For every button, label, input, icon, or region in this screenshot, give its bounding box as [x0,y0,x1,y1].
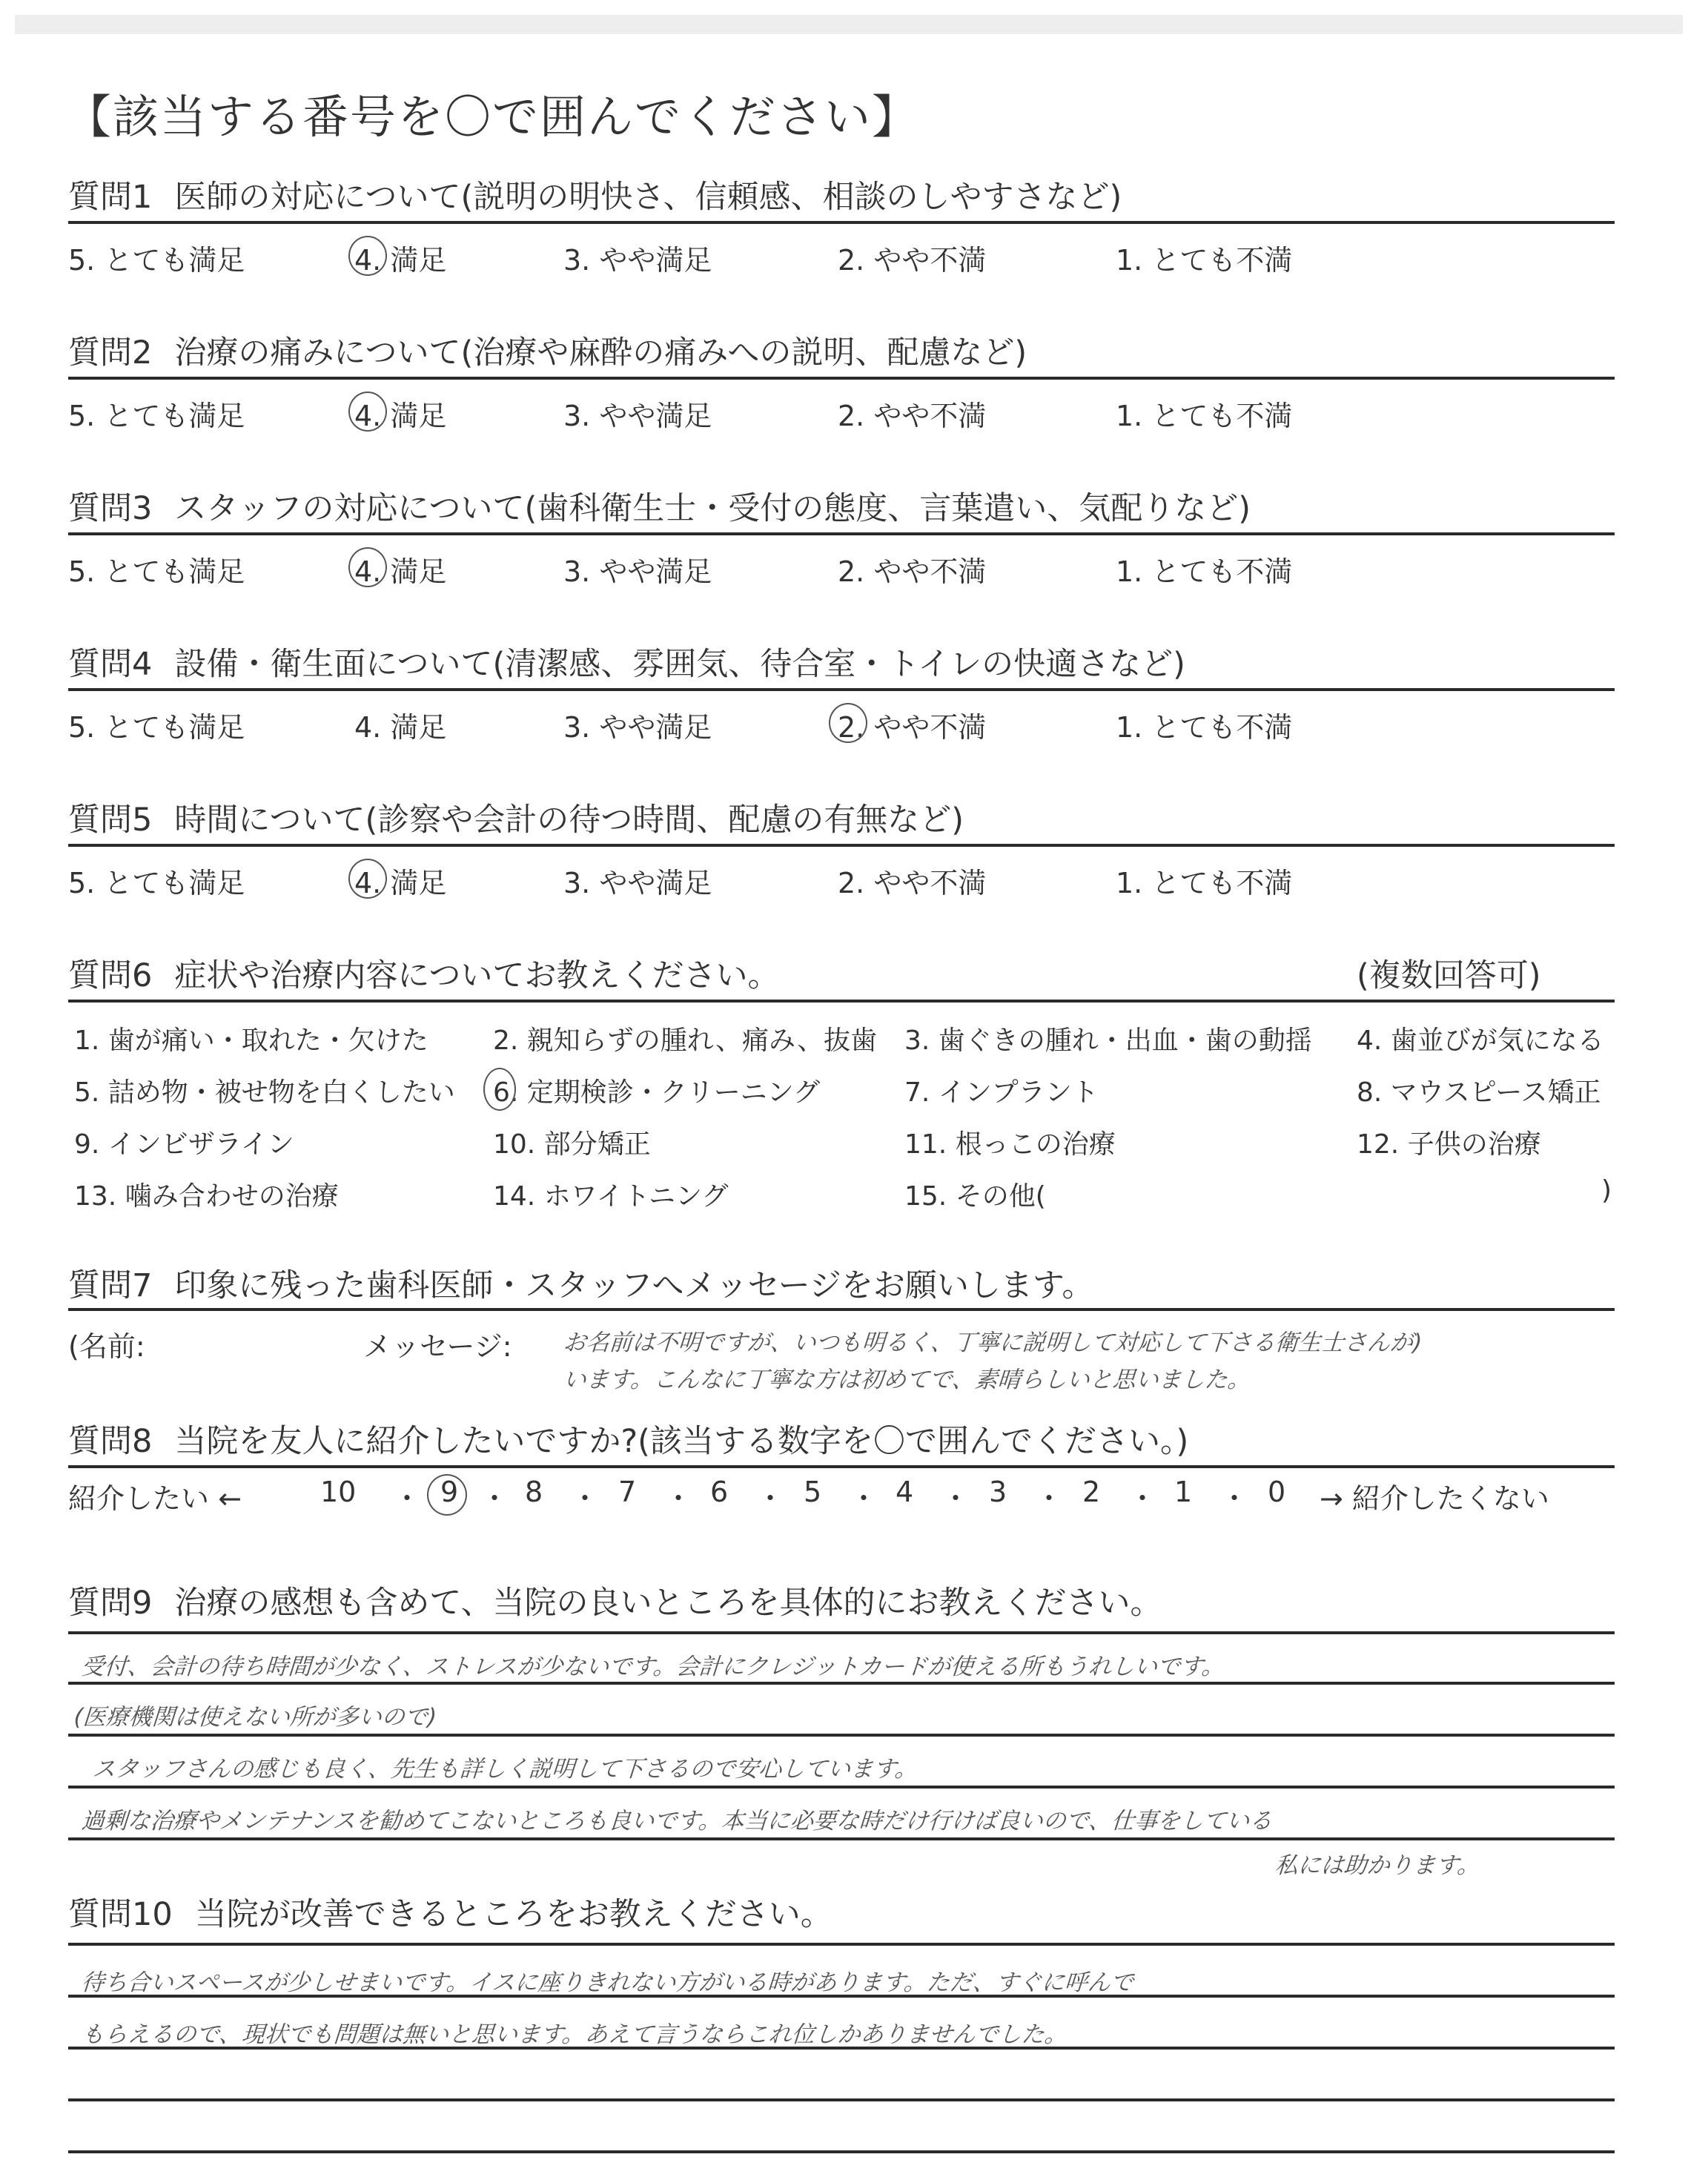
name-label: (名前: [68,1324,145,1364]
answer-line [68,2047,1615,2050]
divider [68,688,1615,691]
option-4[interactable]: 4. 満足 [354,704,446,745]
question-text: 設備・衛生面について(清潔感、雰囲気、待合室・トイレの快適さなど) [174,646,1185,683]
answer-line [68,1682,1615,1685]
option-2[interactable]: 2. やや不満 [838,549,986,589]
answer-line [68,1943,1615,1946]
question-number: 質問10 [68,1896,173,1933]
option-1[interactable]: 1. とても不満 [1116,237,1292,278]
option-1[interactable]: 1. とても不満 [1116,704,1292,745]
q6-option-9[interactable]: 9. インビザライン [74,1123,294,1161]
scale-separator: ・ [1128,1476,1156,1516]
scale-separator: ・ [756,1476,784,1516]
question-number: 質問3 [68,490,152,527]
q6-option-4[interactable]: 4. 歯並びが気になる [1357,1020,1604,1057]
question-number: 質問7 [68,1267,152,1304]
handwritten-answer-line-2: (医療機関は使えない所が多いので) [73,1698,437,1731]
scale-separator: ・ [571,1476,599,1516]
q6-option-10[interactable]: 10. 部分矯正 [493,1123,651,1161]
scale-8[interactable]: 8 [525,1476,543,1508]
handwritten-answer-line-5: 私には助かります。 [1274,1846,1481,1880]
option-2[interactable]: 2. やや不満 [838,860,986,901]
q6-other-close-paren: ) [1601,1175,1612,1206]
selection-circle [348,859,387,899]
answer-line [68,1631,1615,1634]
option-2[interactable]: 2. やや不満 [838,393,986,434]
handwritten-answer-line-2: もらえるので、現状でも問題は無いと思います。あえて言うならこれ位しかありませんで… [80,2015,1068,2049]
divider [68,377,1615,380]
answer-line [68,2150,1615,2153]
recommend-right-label: → 紹介したくない [1320,1476,1549,1516]
q6-option-3[interactable]: 3. 歯ぐきの腫れ・出血・歯の動揺 [904,1020,1312,1057]
scale-5[interactable]: 5 [804,1476,821,1508]
scale-0[interactable]: 0 [1268,1476,1285,1508]
answer-line [68,1837,1615,1840]
scale-separator: ・ [1035,1476,1063,1516]
q6-option-15[interactable]: 15. その他( [904,1175,1046,1213]
divider [68,532,1615,535]
handwritten-answer-line-1: 待ち合いスペースが少しせまいです。イスに座りきれない方がいる時があります。ただ、… [80,1964,1134,1997]
question-number: 質問2 [68,334,152,371]
scale-1[interactable]: 1 [1174,1476,1192,1508]
option-3[interactable]: 3. やや満足 [563,704,712,745]
scale-2[interactable]: 2 [1082,1476,1100,1508]
q6-option-12[interactable]: 12. 子供の治療 [1357,1123,1541,1161]
scale-separator: ・ [941,1476,970,1516]
q6-option-6[interactable]: 6. 定期検診・クリーニング [493,1071,820,1109]
q6-option-13[interactable]: 13. 噛み合わせの治療 [74,1175,339,1213]
selection-circle [348,236,387,276]
scale-3[interactable]: 3 [989,1476,1007,1508]
question-text: 治療の感想も含めて、当院の良いところを具体的にお教えください。 [174,1585,1162,1622]
selection-circle [427,1474,467,1516]
q6-option-8[interactable]: 8. マウスピース矯正 [1357,1071,1601,1109]
scan-top-band [15,15,1683,34]
option-3[interactable]: 3. やや満足 [563,549,712,589]
option-2[interactable]: 2. やや不満 [838,237,986,278]
handwritten-message-line-1: お名前は不明ですが、いつも明るく、丁寧に説明して対応して下さる衛生士さんが) [562,1324,1423,1357]
option-5[interactable]: 5. とても満足 [68,549,245,589]
scale-separator: ・ [664,1476,692,1516]
question-number: 質問9 [68,1585,152,1622]
option-5[interactable]: 5. とても満足 [68,704,245,745]
scale-6[interactable]: 6 [710,1476,728,1508]
divider [68,1000,1615,1003]
question-text: 治療の痛みについて(治療や麻酔の痛みへの説明、配慮など) [174,334,1027,371]
question-text: 印象に残った歯科医師・スタッフへメッセージをお願いします。 [174,1267,1093,1304]
question-text: スタッフの対応について(歯科衛生士・受付の態度、言葉遣い、気配りなど) [174,490,1251,527]
option-3[interactable]: 3. やや満足 [563,393,712,434]
divider [68,1308,1615,1311]
handwritten-answer-line-1: 受付、会計の待ち時間が少なく、ストレスが少ないです。会計にクレジットカードが使え… [80,1648,1225,1681]
answer-line [68,1734,1615,1737]
divider [68,221,1615,224]
question-number: 質問4 [68,646,152,683]
q6-option-11[interactable]: 11. 根っこの治療 [904,1123,1116,1161]
question-number: 質問1 [68,179,152,216]
option-5[interactable]: 5. とても満足 [68,237,245,278]
selection-circle [483,1068,516,1111]
scale-separator: ・ [393,1476,421,1516]
answer-line [68,1786,1615,1789]
q6-option-5[interactable]: 5. 詰め物・被せ物を白くしたい [74,1071,455,1109]
selection-circle [348,392,387,432]
q6-option-7[interactable]: 7. インプラント [904,1071,1099,1109]
scale-separator: ・ [850,1476,878,1516]
message-label: メッセージ: [363,1324,512,1364]
question-number: 質問6 [68,957,152,994]
divider [68,844,1615,847]
question-number: 質問8 [68,1423,152,1460]
scale-4[interactable]: 4 [896,1476,913,1508]
option-3[interactable]: 3. やや満足 [563,237,712,278]
option-3[interactable]: 3. やや満足 [563,860,712,901]
option-1[interactable]: 1. とても不満 [1116,860,1292,901]
multiple-answer-note: (複数回答可) [1357,951,1541,996]
handwritten-message-line-2: います。こんなに丁寧な方は初めてで、素晴らしいと思いました。 [562,1361,1251,1394]
scale-10[interactable]: 10 [320,1476,356,1508]
question-text: 症状や治療内容についてお教えください。 [174,957,779,994]
q6-option-2[interactable]: 2. 親知らずの腫れ、痛み、抜歯 [493,1020,877,1057]
question-text: 当院を友人に紹介したいですか?(該当する数字を〇で囲んでください。) [174,1423,1188,1460]
selection-circle [829,703,867,743]
scale-separator: ・ [1220,1476,1248,1516]
q6-option-1[interactable]: 1. 歯が痛い・取れた・欠けた [74,1020,428,1057]
option-5[interactable]: 5. とても満足 [68,860,245,901]
handwritten-answer-line-3: スタッフさんの感じも良く、先生も詳しく説明して下さるので安心しています。 [91,1750,918,1783]
answer-line [68,2098,1615,2101]
option-1[interactable]: 1. とても不満 [1116,393,1292,434]
divider [68,1465,1615,1468]
scale-7[interactable]: 7 [618,1476,636,1508]
selection-circle [348,547,387,587]
question-text: 当院が改善できるところをお教えください。 [195,1896,833,1933]
recommend-left-label: 紹介したい ← [68,1476,242,1516]
option-5[interactable]: 5. とても満足 [68,393,245,434]
scale-separator: ・ [480,1476,509,1516]
question-text: 時間について(診察や会計の待つ時間、配慮の有無など) [174,802,964,839]
question-number: 質問5 [68,802,152,839]
handwritten-answer-line-4: 過剰な治療やメンテナンスを勧めてこないところも良いです。本当に必要な時だけ行けば… [80,1802,1274,1835]
option-1[interactable]: 1. とても不満 [1116,549,1292,589]
answer-line [68,1995,1615,1998]
question-text: 医師の対応について(説明の明快さ、信頼感、相談のしやすさなど) [174,179,1122,216]
q6-option-14[interactable]: 14. ホワイトニング [493,1175,728,1213]
page-title: 【該当する番号を〇で囲んでください】 [65,80,919,146]
